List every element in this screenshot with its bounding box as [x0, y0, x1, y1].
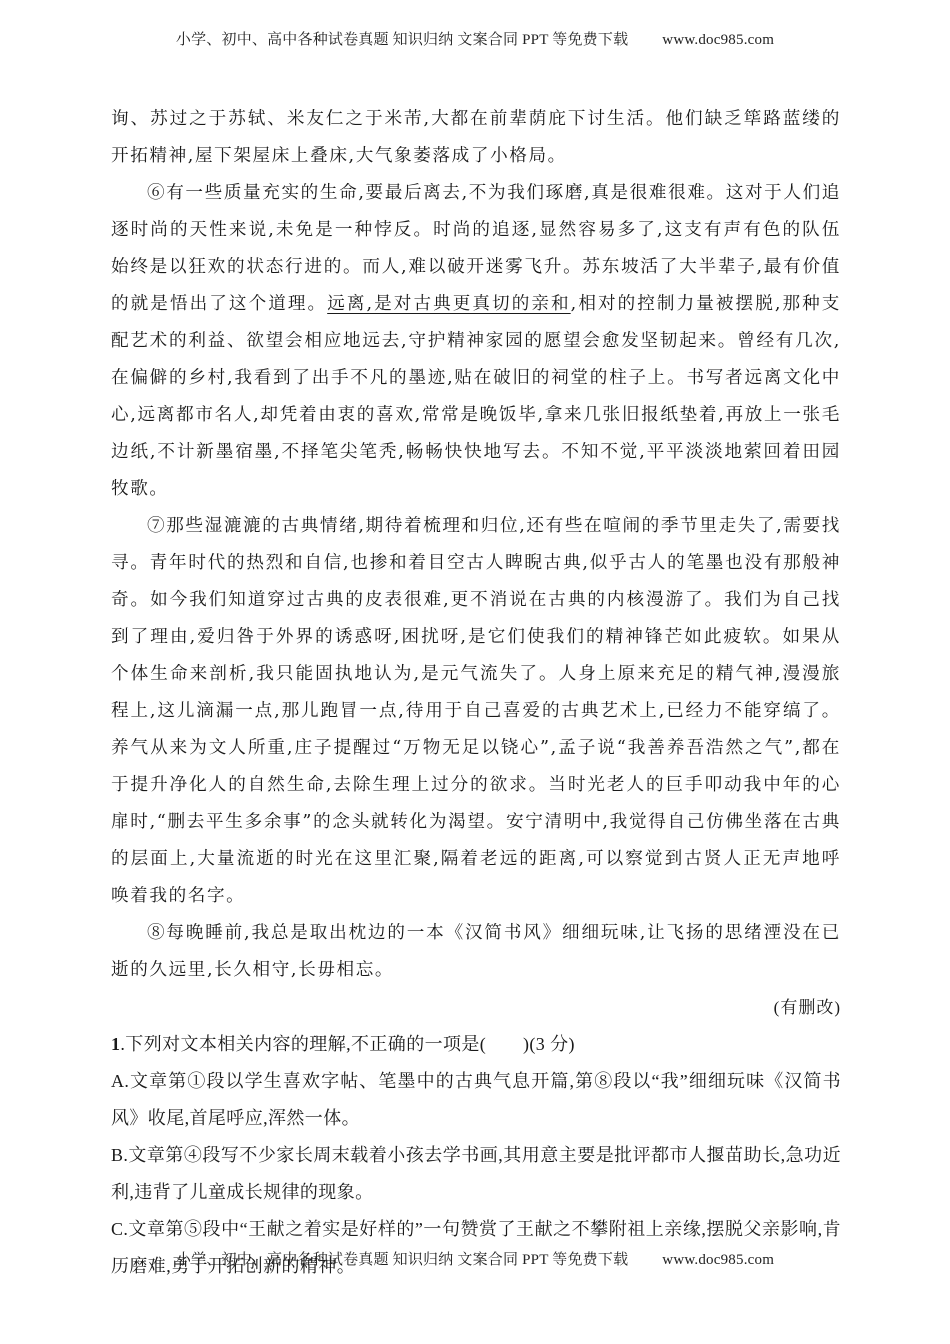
question-stem: 1.下列对文本相关内容的理解,不正确的一项是( )(3 分) — [111, 1026, 841, 1063]
header-site-link[interactable]: www.doc985.com — [662, 32, 774, 48]
article-paragraph-6: ⑥有一些质量充实的生命,要最后离去,不为我们琢磨,真是很难很难。这对于人们追逐时… — [111, 175, 841, 508]
article-paragraph-7: ⑦那些湿漉漉的古典情绪,期待着梳理和归位,还有些在喧闹的季节里走失了,需要找寻。… — [111, 508, 841, 915]
article-paragraph-8: ⑧每晚睡前,我总是取出枕边的一本《汉简书风》细细玩味,让飞扬的思绪湮没在已逝的久… — [111, 915, 841, 989]
edit-note: (有删改) — [111, 989, 841, 1026]
page-header: 小学、初中、高中各种试卷真题 知识归纳 文案合同 PPT 等免费下载www.do… — [0, 28, 950, 49]
document-body: 询、苏过之于苏轼、米友仁之于米芾,大都在前辈荫庇下讨生活。他们缺乏筚路蓝缕的开拓… — [111, 101, 841, 1285]
question-number: 1 — [111, 1034, 120, 1054]
option-a: A.文章第①段以学生喜欢字帖、笔墨中的古典气息开篇,第⑧段以“我”细细玩味《汉简… — [111, 1063, 841, 1137]
header-text: 小学、初中、高中各种试卷真题 知识归纳 文案合同 PPT 等免费下载 — [176, 32, 628, 48]
page-footer: 小学、初中、高中各种试卷真题 知识归纳 文案合同 PPT 等免费下载www.do… — [0, 1248, 950, 1269]
article-paragraph-5-end: 询、苏过之于苏轼、米友仁之于米芾,大都在前辈荫庇下讨生活。他们缺乏筚路蓝缕的开拓… — [111, 101, 841, 175]
question-text: .下列对文本相关内容的理解,不正确的一项是( )(3 分) — [120, 1034, 574, 1054]
option-b: B.文章第④段写不少家长周末载着小孩去学书画,其用意主要是批评都市人揠苗助长,急… — [111, 1137, 841, 1211]
footer-site-link[interactable]: www.doc985.com — [662, 1252, 774, 1268]
paragraph-text: ,相对的控制力量被摆脱,那种支配艺术的利益、欲望会相应地远去,守护精神家园的愿望… — [111, 294, 841, 499]
footer-text: 小学、初中、高中各种试卷真题 知识归纳 文案合同 PPT 等免费下载 — [176, 1252, 628, 1268]
underlined-sentence: 远离,是对古典更真切的亲和 — [327, 294, 570, 314]
